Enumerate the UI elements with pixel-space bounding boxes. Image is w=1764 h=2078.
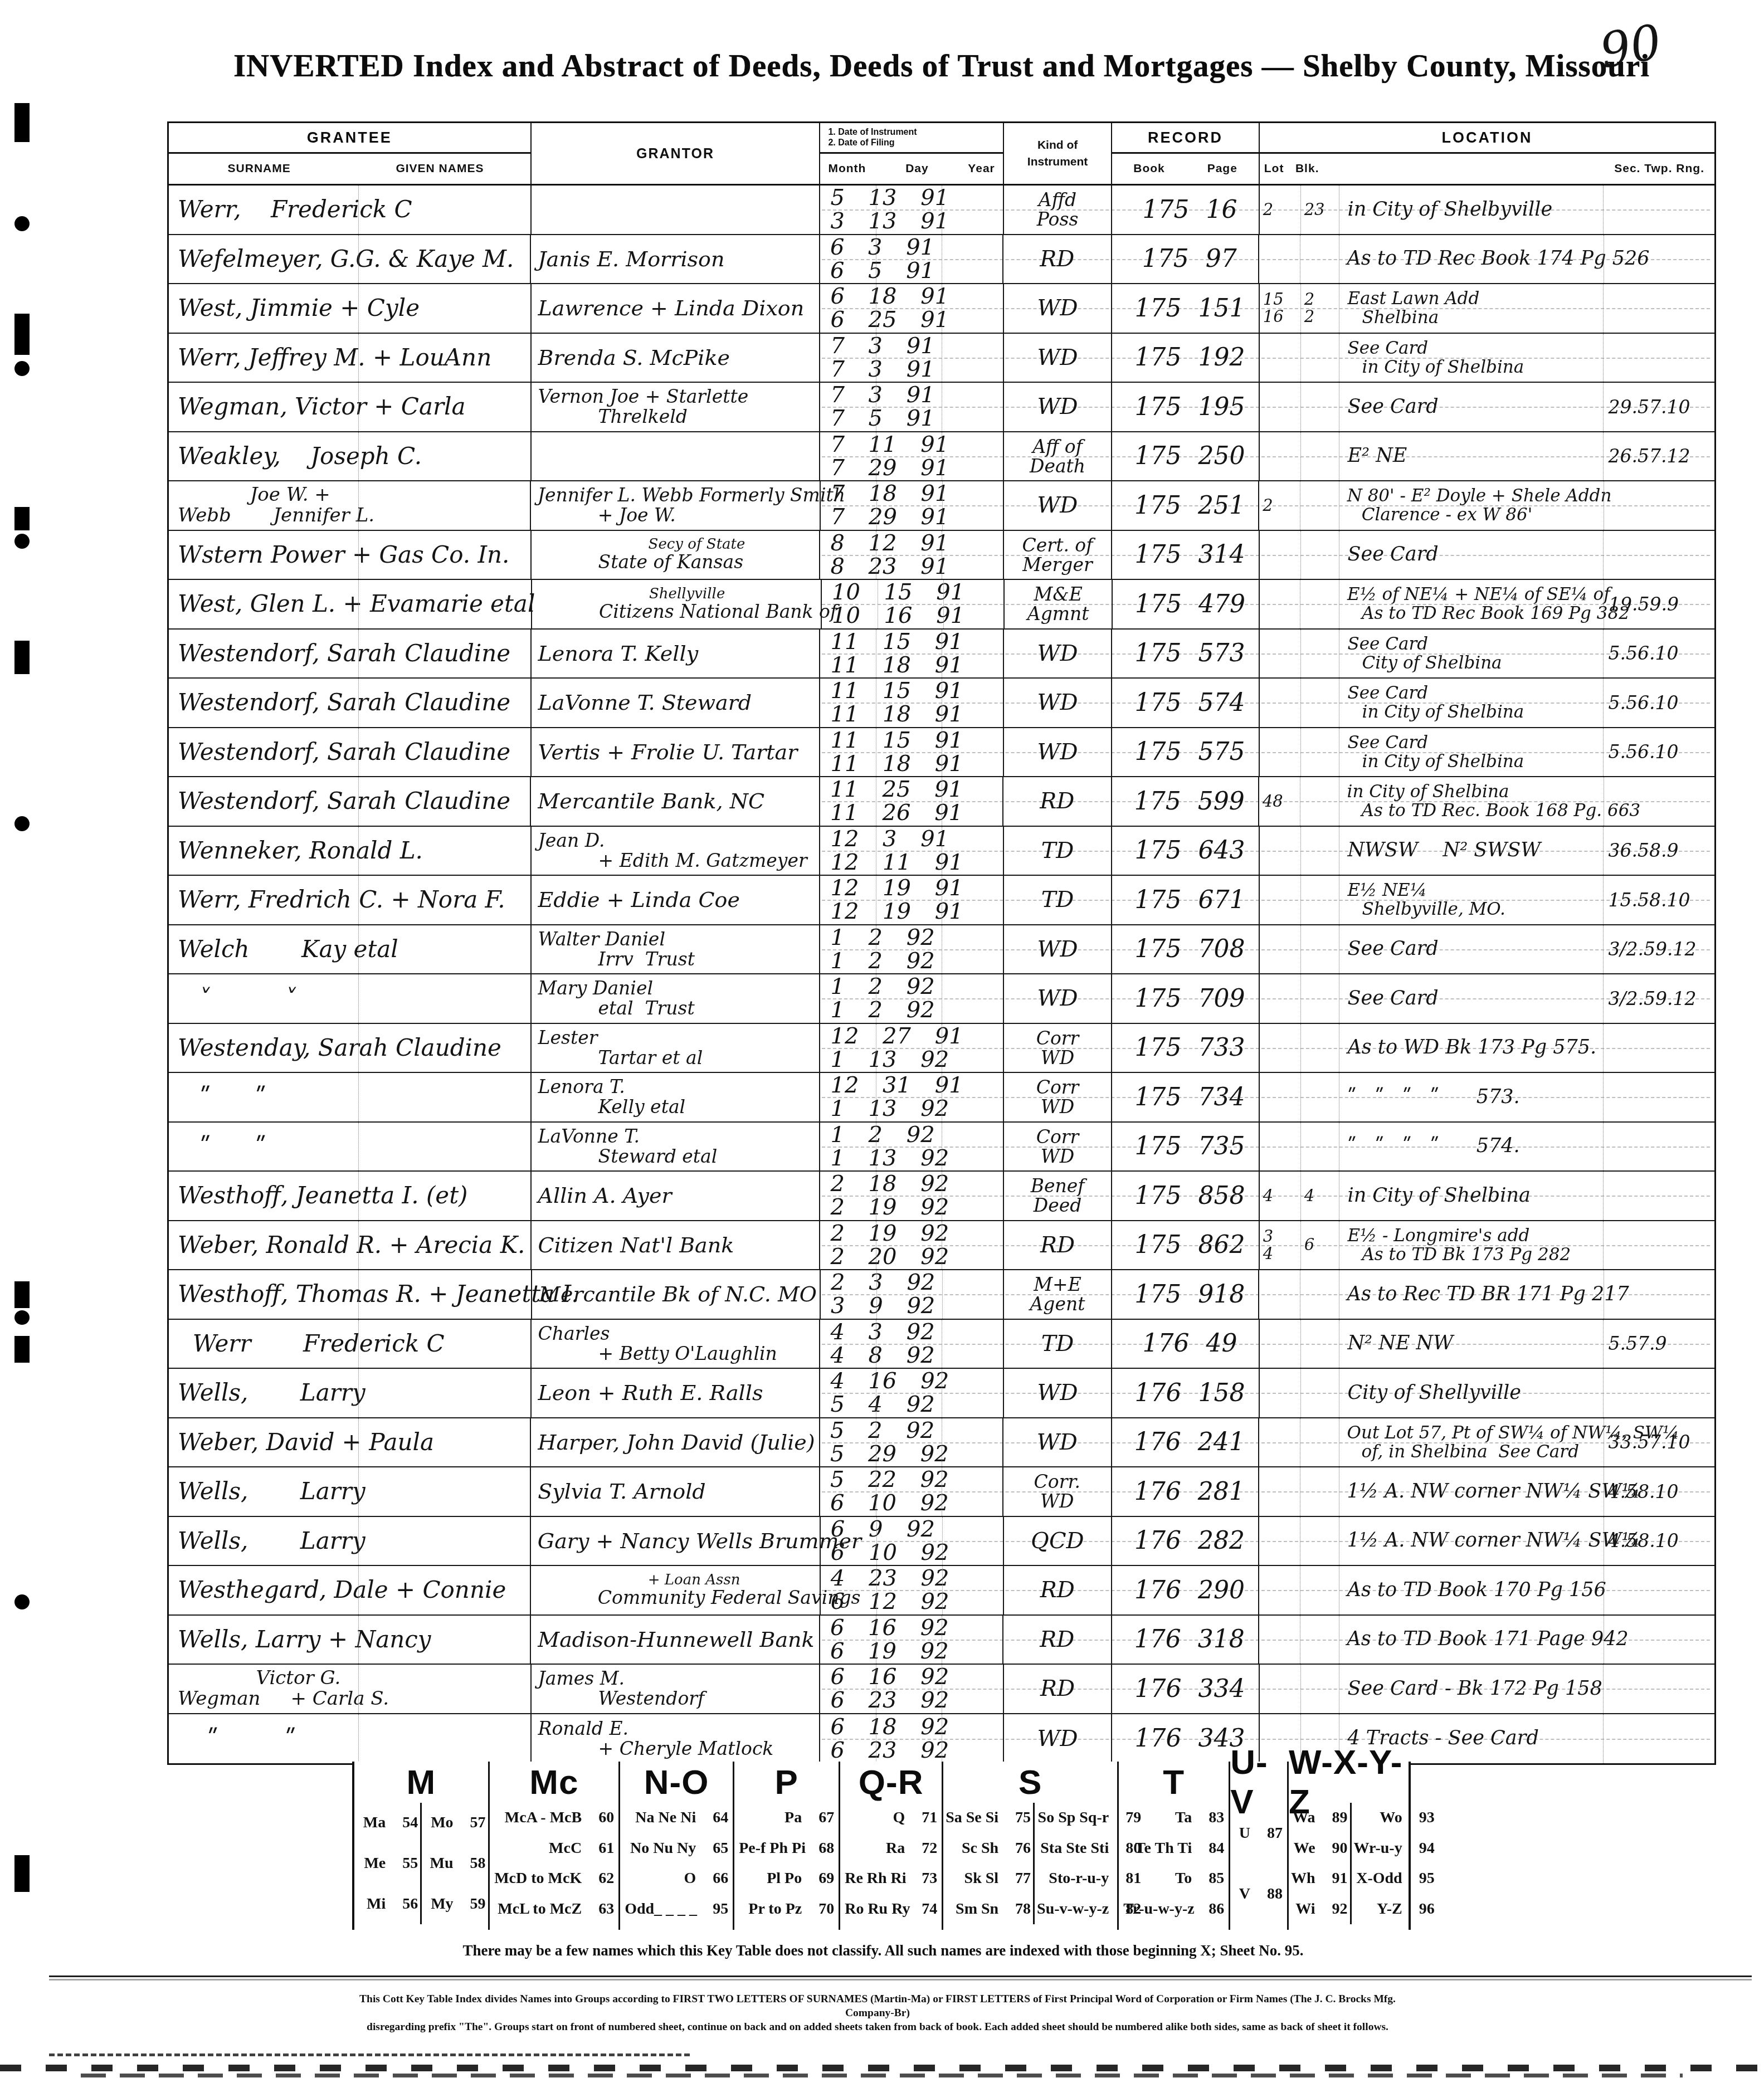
- key-entry-label: Pa: [784, 1809, 802, 1827]
- kind-of-instrument-cell-line: RD: [1003, 789, 1110, 813]
- kind-of-instrument-cell: WD: [1003, 630, 1112, 678]
- page-value: 151: [1198, 294, 1245, 323]
- grantee-cell: Joe W. +Webb Jennifer L.: [169, 481, 530, 530]
- key-entry-label: McL to McZ: [498, 1900, 582, 1918]
- record-cell: 17516: [1111, 186, 1258, 234]
- lot-cell-line: 48: [1259, 793, 1300, 810]
- key-entry: To85: [1123, 1870, 1224, 1887]
- date-of-filing: 6 23 92: [820, 1689, 1002, 1712]
- grantor-cell: Brenda S. McPike: [530, 334, 820, 382]
- key-entries: Pa67Pe-f Ph Pi68Pl Po69Pr to Pz70: [734, 1803, 839, 1924]
- book-value: 175: [1142, 245, 1189, 273]
- table-row: Werr, Frederick C5 13 913 13 91AffdPoss1…: [169, 186, 1714, 235]
- grantor-cell-line: Lester: [532, 1028, 820, 1048]
- kind-of-instrument-cell: WD: [1003, 383, 1112, 431]
- grantor-cell: Mercantile Bank, NC: [530, 777, 819, 826]
- location-cell-line: of, in Shelbina See Card: [1339, 1442, 1604, 1461]
- sec-twp-rng-cell: [1604, 235, 1714, 284]
- date-of-instrument: 2 3 92: [821, 1271, 1003, 1294]
- location-cell-line: NWSW N² SWSW: [1339, 840, 1603, 861]
- key-entry: Wr-u-y94: [1354, 1840, 1435, 1857]
- location-cell-line: in City of Shelbina: [1339, 358, 1603, 377]
- location-cell-line: See Card - Bk 172 Pg 158: [1339, 1678, 1603, 1700]
- kind-of-instrument-cell: CorrWD: [1003, 1024, 1112, 1072]
- key-entry-number: 67: [808, 1809, 834, 1827]
- blk-cell: [1300, 1123, 1339, 1171]
- location-cell-line: Shelbyville, MO.: [1339, 900, 1603, 919]
- date-of-filing: 1 2 92: [820, 949, 1002, 973]
- key-entry-number: 87: [1257, 1825, 1283, 1842]
- key-entry-label: Y-Z: [1377, 1900, 1402, 1918]
- grantor-cell-line: Citizen Nat'l Bank: [532, 1233, 820, 1257]
- grantor-cell-line: + Betty O'Laughlin: [532, 1344, 820, 1364]
- key-entry-label: Mu: [430, 1855, 454, 1872]
- key-entry: V88: [1235, 1885, 1283, 1903]
- key-entry: Tr-u-w-y-z86: [1123, 1900, 1224, 1918]
- grantor-cell-line: LaVonne T.: [532, 1126, 820, 1147]
- grantee-cell-line: Weakley, Joseph C.: [169, 443, 530, 469]
- grantor-cell: Citizen Nat'l Bank: [530, 1221, 820, 1270]
- table-row: West, Jimmie + CyleLawrence + Linda Dixo…: [169, 284, 1714, 334]
- table-row: Wegman, Victor + CarlaVernon Joe + Starl…: [169, 383, 1714, 432]
- blk-cell: [1300, 679, 1339, 727]
- blk-cell: [1300, 1024, 1339, 1072]
- date-of-filing: 7 3 91: [820, 358, 1002, 381]
- punch-mark: [14, 361, 30, 376]
- sec-twp-rng-value: 5.56.10: [1604, 642, 1714, 664]
- location-cell-line: See Card: [1339, 635, 1603, 653]
- date-cell: 5 2 925 29 92: [819, 1418, 1002, 1467]
- date-cell: 12 31 911 13 92: [819, 1073, 1002, 1121]
- book-value: 175: [1134, 787, 1181, 816]
- grantor-cell: James M.Westendorf: [530, 1665, 820, 1713]
- sec-twp-rng-cell: [1604, 481, 1714, 530]
- blk-cell: [1300, 432, 1339, 481]
- location-cell-line: 1½ A. NW corner NW¼ SW¼: [1339, 1530, 1604, 1552]
- key-entry: Ma54: [357, 1814, 418, 1832]
- date-of-instrument: 6 16 92: [820, 1616, 1002, 1640]
- record-cell: 175573: [1111, 630, 1258, 678]
- date-of-filing: 5 29 92: [820, 1442, 1002, 1466]
- grantor-cell: Secy of StateState of Kansas: [530, 531, 820, 579]
- book-value: 175: [1135, 1033, 1182, 1062]
- grantee-cell: Wefelmeyer, G.G. & Kaye M.: [169, 235, 530, 284]
- blk-cell: [1300, 531, 1339, 579]
- sec-twp-rng-cell: [1603, 1073, 1714, 1121]
- lot-cell: [1259, 630, 1300, 678]
- key-column-u-v: U-VU87V88: [1229, 1762, 1287, 1930]
- date-of-instrument: 4 23 92: [821, 1567, 1003, 1590]
- key-entry-number: 69: [808, 1870, 834, 1887]
- kind-of-instrument-cell-line: WD: [1004, 1048, 1112, 1067]
- location-cell-line: See Card: [1339, 544, 1603, 565]
- grantor-cell: Lawrence + Linda Dixon: [530, 284, 820, 333]
- kind-of-instrument-cell: M+EAgent: [1003, 1270, 1111, 1319]
- grantee-cell: Weber, David + Paula: [169, 1418, 530, 1467]
- book-value: 176: [1134, 1477, 1181, 1506]
- lot-cell: [1259, 1024, 1300, 1072]
- key-entry-label: Wi: [1295, 1900, 1315, 1918]
- location-cell: See Card: [1339, 531, 1603, 579]
- blk-cell: [1300, 235, 1339, 284]
- kind-of-instrument-cell: WD: [1003, 334, 1112, 382]
- grantee-cell-line: Weber, David + Paula: [169, 1430, 530, 1455]
- key-column-mc: McMcA - McB60McC61McD to McK62McL to McZ…: [488, 1762, 619, 1930]
- key-entry-label: Sk Sl: [964, 1870, 999, 1887]
- grantee-cell-line: Wenneker, Ronald L.: [169, 838, 530, 864]
- key-entry-number: 95: [704, 1900, 728, 1918]
- sec-twp-rng-cell: [1603, 186, 1714, 234]
- book-value: 175: [1143, 196, 1190, 224]
- grantee-cell: Wenneker, Ronald L.: [169, 827, 530, 875]
- key-entry: Wi92: [1291, 1900, 1348, 1918]
- key-entry: McD to McK62: [494, 1870, 615, 1887]
- date-cell: 12 27 911 13 92: [819, 1024, 1002, 1072]
- key-entry-label: McC: [549, 1840, 582, 1857]
- lot-cell-line: 16: [1260, 308, 1300, 325]
- key-entry-number: 75: [1005, 1809, 1031, 1827]
- key-entry: McA - McB60: [494, 1809, 615, 1827]
- location-cell-line: ʺ ʺ ʺ ʺ 574.: [1339, 1135, 1603, 1157]
- record-cell: 175709: [1111, 974, 1258, 1023]
- key-entry: McL to McZ63: [494, 1900, 615, 1918]
- page-value: 574: [1198, 689, 1245, 717]
- grantor-cell: Walter DanielIrrv Trust: [530, 925, 820, 974]
- key-column-header: T: [1119, 1762, 1229, 1803]
- col-dates: 1. Date of Instrument 2. Date of Filing …: [819, 123, 1002, 184]
- date-cell: 5 22 926 10 92: [819, 1467, 1002, 1516]
- lot-blk-header: Lot Blk.: [1264, 162, 1319, 175]
- kind-of-instrument-cell-line: WD: [1004, 1097, 1112, 1116]
- grantee-cell: Wstern Power + Gas Co. In.: [169, 531, 530, 579]
- kind-of-instrument-cell-line: Agmnt: [1005, 604, 1112, 623]
- date-cell: 2 19 922 20 92: [819, 1221, 1002, 1270]
- table-row: West, Glen L. + Evamarie etalShellyville…: [169, 580, 1714, 630]
- grantee-cell-line: Werr, Fredrich C. + Nora F.: [169, 887, 530, 913]
- page-value: 479: [1198, 590, 1245, 618]
- date-of-instrument: 7 3 91: [820, 383, 1002, 407]
- date-of-instrument: 6 18 92: [820, 1715, 1002, 1739]
- key-entries: Q71Ra72Re Rh Ri73Ro Ru Ry74: [840, 1803, 942, 1924]
- key-entry-number: 89: [1322, 1809, 1348, 1827]
- location-cell-line: in City of Shelbina: [1339, 782, 1604, 801]
- sec-twp-rng-cell: [1604, 1616, 1714, 1664]
- grantor-cell-line: Janis E. Morrison: [531, 247, 819, 271]
- grantee-cell-line: Werr Frederick C: [169, 1331, 530, 1357]
- kind-of-instrument-cell: WD: [1003, 679, 1112, 727]
- key-entry: Sa Se Si75: [946, 1809, 1031, 1827]
- date-cell: 4 16 925 4 92: [819, 1369, 1002, 1417]
- book-header: Book: [1133, 162, 1165, 175]
- record-cell: 176281: [1111, 1467, 1258, 1516]
- blk-cell: [1300, 1467, 1339, 1516]
- book-value: 175: [1135, 1182, 1182, 1210]
- key-entry-label: Pl Po: [767, 1870, 802, 1887]
- key-entry: No Nu Ny65: [625, 1840, 728, 1857]
- key-entry-label: Sto-r-u-y: [1049, 1870, 1109, 1887]
- sec-twp-rng-cell: [1603, 1123, 1714, 1171]
- record-cell: 175862: [1111, 1221, 1258, 1270]
- blk-cell: [1300, 1665, 1339, 1713]
- grantee-cell: Weber, Ronald R. + Arecia K.: [169, 1221, 530, 1270]
- kind-of-instrument-cell: WD: [1002, 1418, 1110, 1467]
- date-of-filing: 6 19 92: [820, 1640, 1002, 1663]
- key-entry-label: Q: [893, 1809, 905, 1827]
- date-of-filing: 7 5 91: [820, 407, 1002, 430]
- key-entry-number: 84: [1198, 1840, 1224, 1857]
- grantor-cell-line: Threlkeld: [532, 407, 820, 427]
- location-cell-line: E½ of NE¼ + NE¼ of SE¼ of: [1339, 585, 1604, 604]
- day-header: Day: [905, 162, 929, 175]
- date-of-instrument: 12 31 91: [820, 1074, 1002, 1097]
- grantor-cell: + Loan AssnCommunity Federal Savings: [530, 1566, 820, 1614]
- grantor-cell-line: + Joe W.: [531, 505, 820, 525]
- key-entry-number: 73: [913, 1870, 938, 1887]
- page-value: 251: [1198, 491, 1245, 520]
- key-entry-label: Sm Sn: [956, 1900, 998, 1918]
- key-entry-label: Tr-u-w-y-z: [1123, 1900, 1195, 1918]
- page-value: 708: [1198, 935, 1245, 963]
- key-entry-label: Te Th Ti: [1135, 1840, 1192, 1857]
- kind-of-instrument-cell-line: QCD: [1004, 1529, 1111, 1553]
- grantee-cell: West, Glen L. + Evamarie etal: [169, 580, 531, 628]
- key-entry: Q71: [845, 1809, 937, 1827]
- sec-twp-rng-cell: 3/2.59.12: [1603, 974, 1714, 1023]
- location-cell: See CardCity of Shelbina: [1339, 630, 1603, 678]
- table-row: Weber, David + PaulaHarper, John David (…: [169, 1418, 1714, 1468]
- key-entry-label: Wh: [1291, 1870, 1315, 1887]
- grantee-cell-line: Wefelmeyer, G.G. & Kaye M.: [169, 246, 530, 272]
- grantee-cell-line: Wells, Larry: [169, 1380, 530, 1406]
- table-row: Wstern Power + Gas Co. In.Secy of StateS…: [169, 531, 1714, 581]
- date-of-filing: 1 13 92: [820, 1048, 1002, 1071]
- kind-of-instrument-cell-line: WD: [1004, 296, 1112, 320]
- sec-twp-rng-cell: 4.58.10: [1604, 1517, 1714, 1565]
- date-of-instrument: 7 11 91: [820, 433, 1002, 456]
- key-column-s: SSa Se Si75Sc Sh76Sk Sl77Sm Sn78So Sp Sq…: [942, 1762, 1117, 1930]
- grantor-cell-line: Walter Daniel: [532, 929, 820, 949]
- given-names-header: GIVEN NAMES: [349, 162, 530, 175]
- location-cell: E² NE: [1339, 432, 1603, 481]
- location-cell: ʺ ʺ ʺ ʺ 574.: [1339, 1123, 1603, 1171]
- punch-mark: [14, 1281, 30, 1308]
- location-cell-line: See Card: [1339, 684, 1603, 703]
- grantee-cell-line: Weber, Ronald R. + Arecia K.: [169, 1232, 530, 1258]
- date-of-instrument: 6 16 92: [820, 1665, 1002, 1689]
- key-entry: We90: [1291, 1840, 1348, 1857]
- col-record: RECORD Book Page: [1111, 123, 1258, 184]
- page-value: 573: [1198, 639, 1245, 667]
- date-of-instrument: 6 9 92: [821, 1518, 1003, 1541]
- lot-cell-line: 15: [1260, 291, 1300, 308]
- location-cell: East Lawn AddShelbina: [1339, 284, 1603, 333]
- book-value: 175: [1135, 442, 1182, 470]
- location-cell-line: See Card: [1339, 938, 1603, 960]
- table-row: ʺ ʺRonald E.+ Cheryle Matlock6 18 926 23…: [169, 1714, 1714, 1764]
- record-cell: 176334: [1111, 1665, 1258, 1713]
- date-note-1: 1. Date of Instrument: [828, 127, 917, 138]
- page-value: 733: [1198, 1033, 1245, 1062]
- grantor-cell-line: Ronald E.: [532, 1719, 820, 1739]
- kind-of-instrument-cell-line: TD: [1004, 1332, 1112, 1355]
- book-value: 176: [1135, 1379, 1182, 1407]
- grantor-cell-line: Citizens National Bank of: [532, 602, 821, 622]
- record-cell: 175733: [1111, 1024, 1258, 1072]
- sec-twp-rng-cell: [1604, 1566, 1714, 1614]
- kind-of-instrument-cell: WD: [1003, 1369, 1112, 1417]
- footer-line-2: disregarding prefix "The". Groups start …: [334, 2020, 1421, 2034]
- grantee-cell: Westendorf, Sarah Claudine: [169, 630, 530, 678]
- location-cell-line: ʺ ʺ ʺ ʺ 573.: [1339, 1086, 1603, 1108]
- grantee-cell-line: Westendorf, Sarah Claudine: [169, 641, 530, 666]
- key-entry-number: 95: [1409, 1870, 1435, 1887]
- kind-of-instrument-cell: M&EAgmnt: [1003, 580, 1112, 628]
- key-column-t: TTa83Te Th Ti84To85Tr-u-w-y-z86: [1117, 1762, 1229, 1930]
- date-of-filing: 3 13 91: [820, 209, 1002, 233]
- table-row: Westendorf, Sarah ClaudineLaVonne T. Ste…: [169, 679, 1714, 728]
- sec-twp-rng-cell: 4.58.10: [1604, 1467, 1714, 1516]
- key-entry: Sc Sh76: [946, 1840, 1031, 1857]
- key-entry-number: 74: [917, 1900, 937, 1918]
- table-row: Wells, Larry + NancyMadison-Hunnewell Ba…: [169, 1616, 1714, 1665]
- key-entry-label: Su-v-w-y-z: [1037, 1900, 1109, 1918]
- sec-twp-rng-value: 26.57.12: [1604, 445, 1714, 467]
- sec-twp-rng-cell: 36.58.9: [1603, 827, 1714, 875]
- key-column-header: N-O: [620, 1762, 733, 1803]
- key-entries: Na Ne Ni64No Nu Ny65O66Odd_ _ _ _95: [620, 1803, 733, 1924]
- date-of-filing: 6 10 92: [820, 1491, 1002, 1515]
- book-value: 175: [1135, 1083, 1182, 1111]
- record-cell: 175250: [1111, 432, 1258, 481]
- book-value: 175: [1135, 343, 1182, 372]
- sec-twp-rng-value: 3/2.59.12: [1604, 938, 1714, 960]
- record-cell: 175599: [1111, 777, 1258, 826]
- kind-of-instrument-cell-line: Affd: [1004, 190, 1112, 209]
- grantor-cell-line: Vernon Joe + Starlette: [532, 387, 820, 407]
- key-entry-label: Sta Ste Sti: [1040, 1840, 1109, 1857]
- key-column-header: Mc: [490, 1762, 619, 1803]
- location-header: LOCATION: [1260, 123, 1714, 152]
- key-entry: Ra72: [845, 1840, 937, 1857]
- key-table: MMa54Me55Mi56Mo57Mu58My59McMcA - McB60Mc…: [352, 1762, 1411, 1930]
- location-cell-line: As to TD Rec. Book 168 Pg. 663: [1339, 801, 1604, 820]
- grantor-cell-line: Kelly etal: [532, 1097, 820, 1117]
- location-cell: N 80' - E² Doyle + Shele AddnClarence - …: [1339, 481, 1604, 530]
- grantor-cell-line: Eddie + Linda Coe: [532, 888, 820, 911]
- date-cell: 11 15 9111 18 91: [819, 728, 1002, 777]
- grantee-cell-line: ʺ ʺ: [169, 1134, 530, 1159]
- key-split: Wa89We90Wh91Wi92Wo93Wr-u-y94X-Odd95Y-Z96: [1289, 1803, 1409, 1924]
- key-entry: Pr to Pz70: [739, 1900, 834, 1918]
- grantee-cell: ʺ ʺ: [169, 1714, 530, 1764]
- blk-cell: [1300, 728, 1339, 777]
- date-of-instrument: 6 3 91: [820, 236, 1002, 259]
- date-of-instrument: 11 15 91: [820, 679, 1002, 703]
- blk-cell: [1300, 1566, 1339, 1614]
- date-of-filing: 6 12 92: [821, 1590, 1003, 1613]
- location-cell-line: As to WD Bk 173 Pg 575.: [1339, 1037, 1603, 1058]
- lot-cell-line: 4: [1260, 1187, 1300, 1204]
- sec-twp-rng-value: 15.58.10: [1604, 889, 1714, 911]
- grantor-cell-line: Mercantile Bk of N.C. MO: [532, 1282, 820, 1306]
- date-cell: 11 15 9111 18 91: [819, 630, 1002, 678]
- page-value: 735: [1198, 1132, 1245, 1160]
- lot-cell: 1516: [1259, 284, 1300, 333]
- key-entry-label: Na Ne Ni: [635, 1809, 696, 1827]
- sec-twp-rng-cell: 26.57.12: [1603, 432, 1714, 481]
- date-of-instrument: 5 2 92: [820, 1419, 1002, 1442]
- grantor-cell-line: Vertis + Frolie U. Tartar: [532, 740, 820, 764]
- book-value: 175: [1135, 639, 1182, 667]
- sec-twp-rng-cell: 15.58.10: [1603, 876, 1714, 924]
- location-cell: Out Lot 57, Pt of SW¼ of NW¼, SW¼of, in …: [1339, 1418, 1604, 1467]
- table-header: GRANTEE SURNAME GIVEN NAMES GRANTOR 1. D…: [169, 123, 1714, 186]
- kind-of-instrument-cell-line: WD: [1004, 987, 1112, 1010]
- kind-header-1: Kind of: [1037, 137, 1078, 154]
- grantor-cell-line: Gary + Nancy Wells Brummer: [531, 1529, 820, 1553]
- table-row: Joe W. +Webb Jennifer L.Jennifer L. Webb…: [169, 481, 1714, 531]
- record-header: RECORD: [1112, 123, 1258, 152]
- grantee-cell: Westenday, Sarah Claudine: [169, 1024, 530, 1072]
- grantee-cell: Wells, Larry: [169, 1517, 530, 1565]
- kind-of-instrument-cell-line: Agent: [1004, 1294, 1111, 1314]
- grantor-cell-line: Lenora T.: [532, 1077, 820, 1097]
- grantor-cell: Gary + Nancy Wells Brummer: [530, 1517, 820, 1565]
- date-cell: 6 18 926 23 92: [819, 1714, 1002, 1764]
- punch-mark: [14, 1855, 30, 1892]
- kind-of-instrument-cell-line: Cert. of: [1004, 535, 1112, 555]
- kind-of-instrument-cell-line: TD: [1004, 888, 1112, 911]
- table-row: Welch Kay etalWalter DanielIrrv Trust1 2…: [169, 925, 1714, 975]
- grantee-cell-line: ˅ ˅: [169, 986, 530, 1011]
- date-of-instrument: 12 19 91: [820, 876, 1002, 900]
- location-cell: E½ - Longmire's addAs to TD Bk 173 Pg 28…: [1339, 1221, 1603, 1270]
- kind-of-instrument-cell-line: WD: [1004, 346, 1112, 369]
- grantee-cell-line: Westendorf, Sarah Claudine: [169, 739, 530, 765]
- record-cell: 176290: [1111, 1566, 1258, 1614]
- key-entry-number: 59: [460, 1895, 486, 1913]
- record-cell: 175735: [1111, 1123, 1258, 1171]
- kind-of-instrument-cell: RD: [1002, 777, 1110, 826]
- grantor-cell: Vernon Joe + StarletteThrelkeld: [530, 383, 820, 431]
- key-column-q-r: Q-RQ71Ra72Re Rh Ri73Ro Ru Ry74: [839, 1762, 942, 1930]
- grantor-cell-line: Mary Daniel: [532, 978, 820, 998]
- sec-twp-rng-header: Sec. Twp. Rng.: [1614, 162, 1704, 175]
- blk-cell-line: 4: [1301, 1187, 1339, 1204]
- kind-of-instrument-cell: RD: [1003, 1221, 1112, 1270]
- record-cell: 175151: [1111, 284, 1258, 333]
- grantor-cell: LaVonne T. Steward: [530, 679, 820, 727]
- col-location: LOCATION Lot Blk. Sec. Twp. Rng.: [1259, 123, 1714, 184]
- key-entry-label: My: [431, 1895, 453, 1913]
- key-entry: Mu58: [424, 1855, 485, 1872]
- location-cell: See Card: [1339, 974, 1603, 1023]
- key-entry-label: McA - McB: [505, 1809, 582, 1827]
- sec-twp-rng-value: 33.57.10: [1604, 1431, 1714, 1453]
- book-value: 176: [1135, 1675, 1182, 1703]
- kind-of-instrument-cell-line: WD: [1004, 691, 1112, 714]
- table-row: Victor G.Wegman + Carla S.James M.Westen…: [169, 1665, 1714, 1714]
- key-entry-label: Re Rh Ri: [845, 1870, 906, 1887]
- scanned-index-sheet: 90 INVERTED Index and Abstract of Deeds,…: [0, 0, 1764, 2078]
- key-table-note: There may be a few names which this Key …: [312, 1942, 1454, 1959]
- kind-of-instrument-cell-line: Corr.: [1003, 1472, 1110, 1491]
- punch-mark: [14, 507, 30, 530]
- date-of-filing: 1 13 92: [820, 1097, 1002, 1120]
- kind-of-instrument-cell: WD: [1003, 284, 1112, 333]
- grantee-cell: Werr, Fredrich C. + Nora F.: [169, 876, 530, 924]
- location-cell: in City of ShelbinaAs to TD Rec. Book 16…: [1339, 777, 1604, 826]
